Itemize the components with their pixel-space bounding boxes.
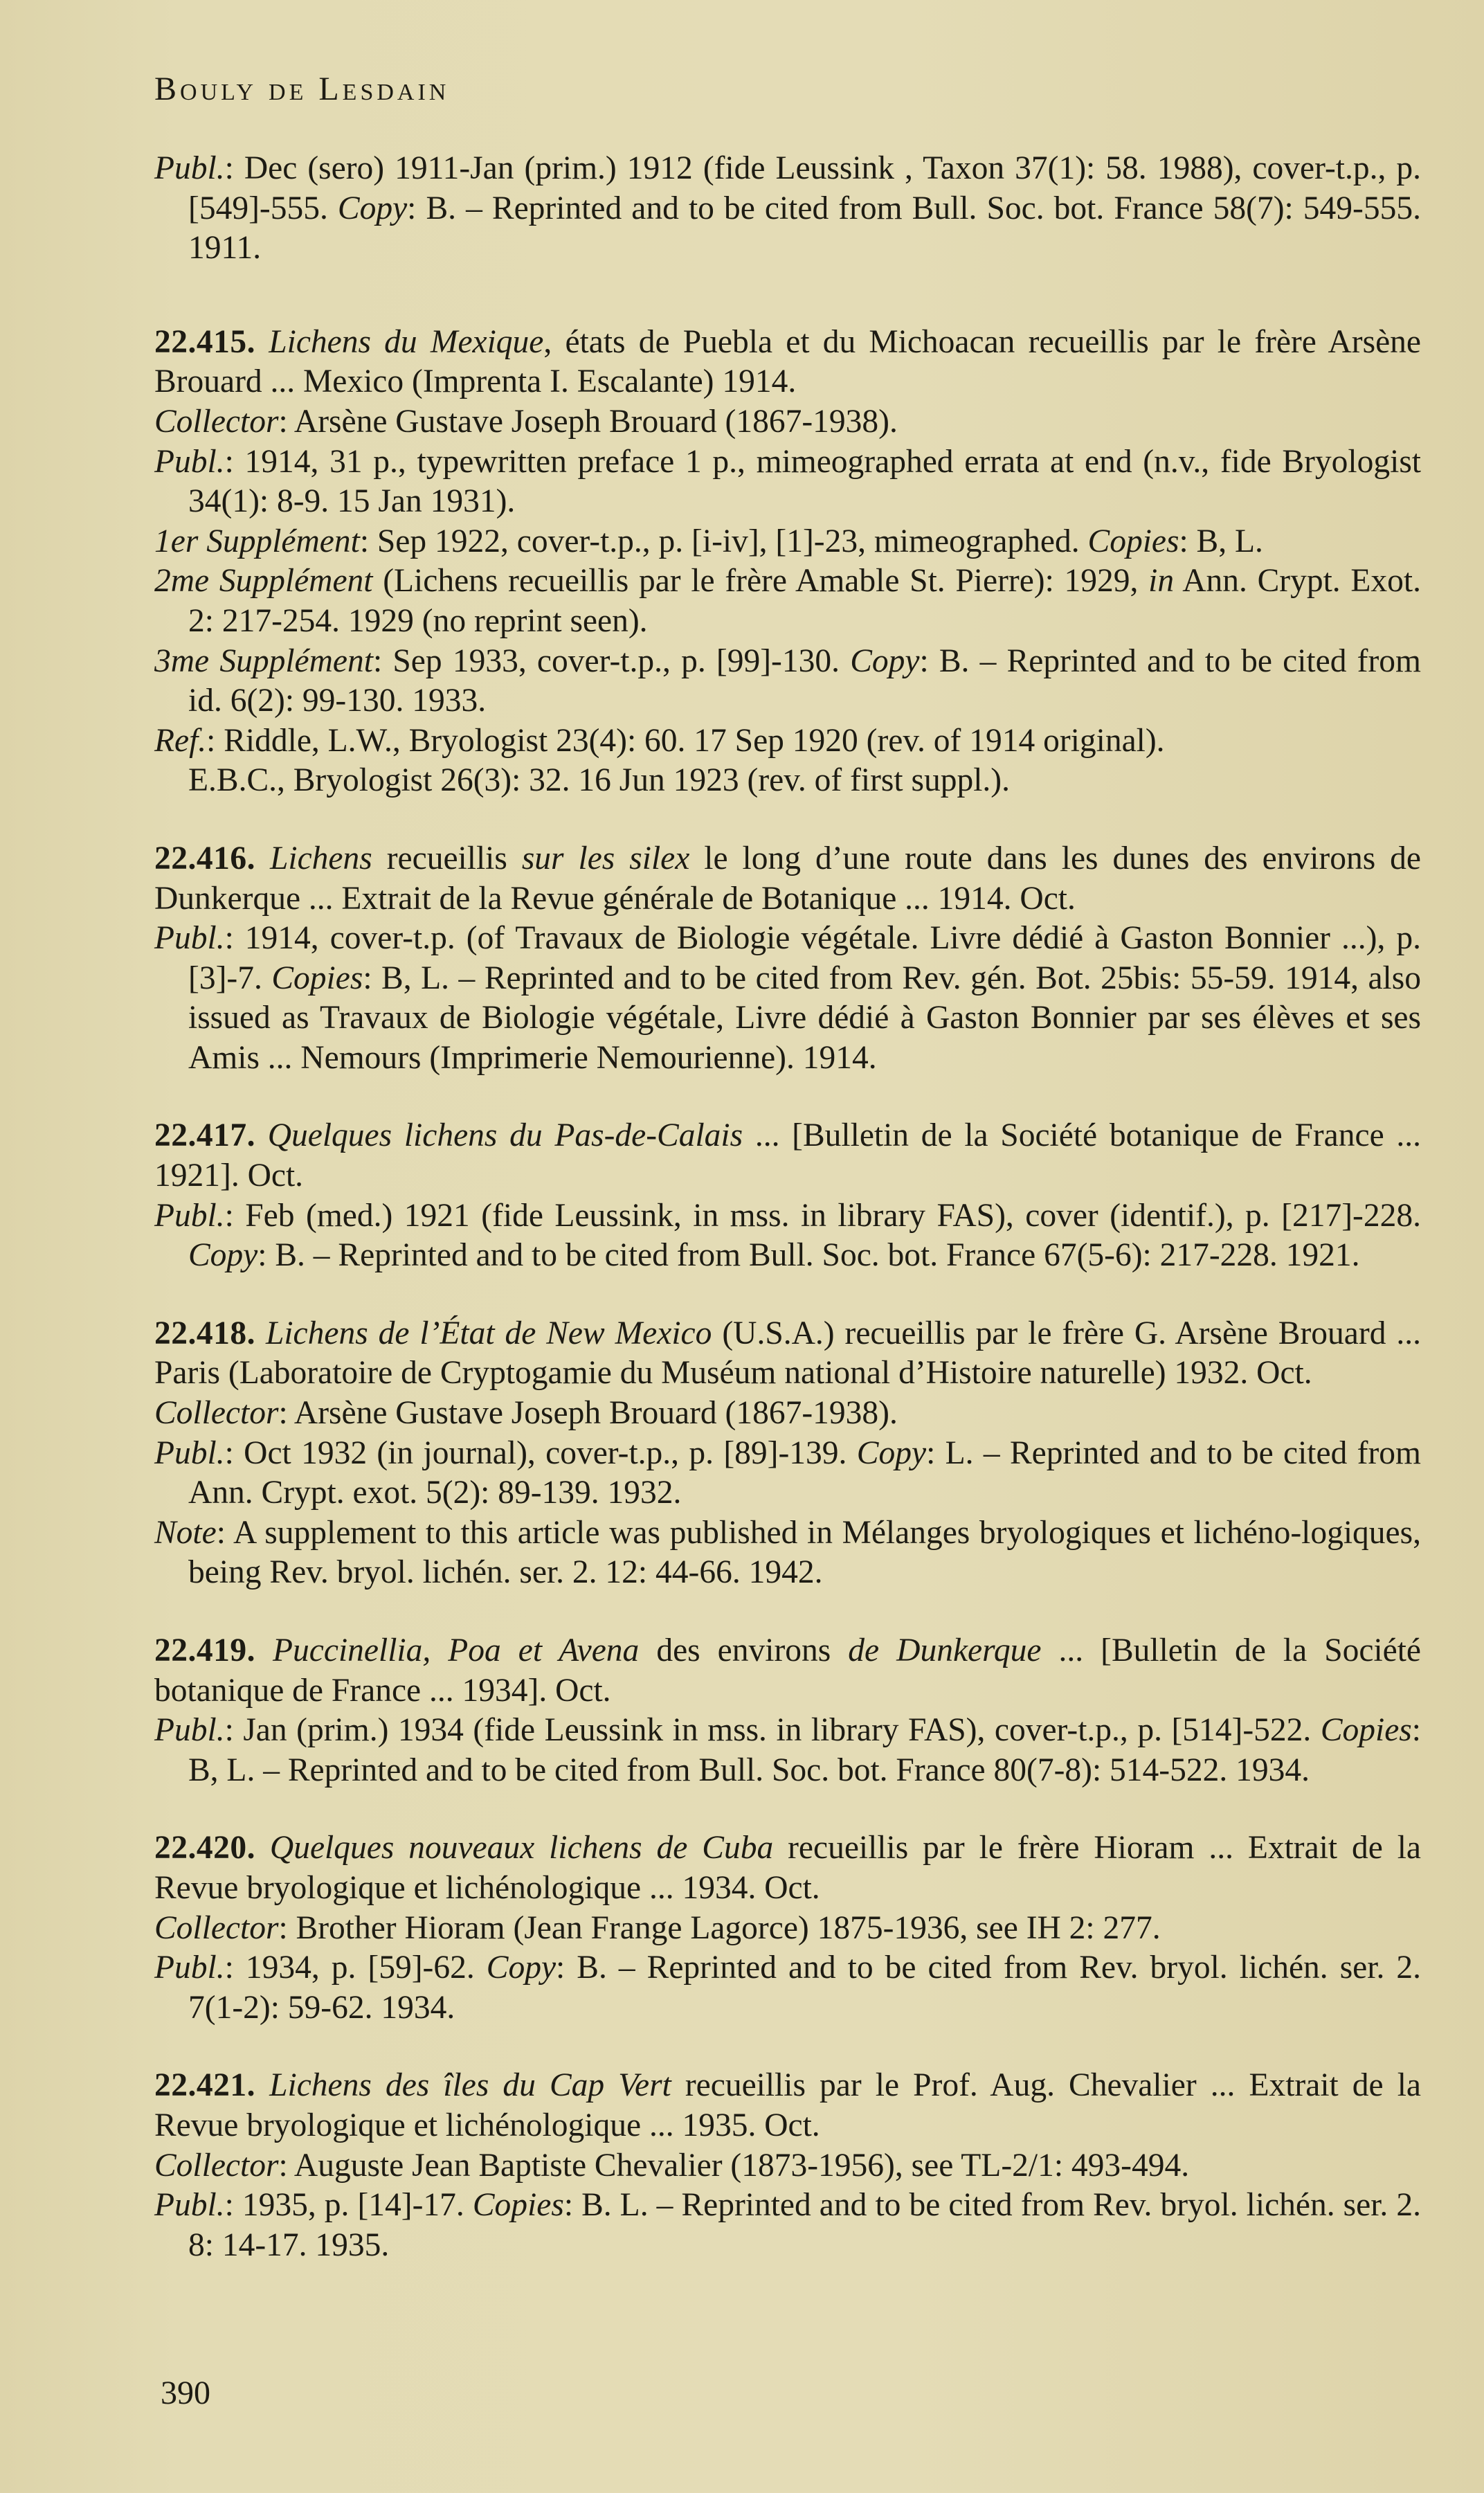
note-line: Note: A supplement to this article was p… <box>154 1513 1421 1593</box>
publication-line: Publ.: 1934, p. [59]-62. Copy: B. – Repr… <box>154 1948 1421 2028</box>
supplement-1-line: 1er Supplément: Sep 1922, cover-t.p., p.… <box>154 522 1421 562</box>
supplement-2-line: 2me Supplément (Lichens recueillis par l… <box>154 561 1421 641</box>
entry-title: 22.421. Lichens des îles du Cap Vert rec… <box>154 2066 1421 2145</box>
page-number: 390 <box>161 2373 210 2413</box>
entry-22-420: 22.420. Quelques nouveaux lichens de Cub… <box>154 1828 1421 2028</box>
entry-22-418: 22.418. Lichens de l’État de New Mexico … <box>154 1314 1421 1593</box>
entry-continued: Publ.: Dec (sero) 1911-Jan (prim.) 1912 … <box>154 149 1421 269</box>
entry-22-419: 22.419. Puccinellia, Poa et Avena des en… <box>154 1631 1421 1790</box>
entry-title: 22.419. Puccinellia, Poa et Avena des en… <box>154 1631 1421 1711</box>
collector-line: Collector: Auguste Jean Baptiste Chevali… <box>154 2146 1421 2186</box>
entry-number: 22.419. <box>154 1632 255 1668</box>
entry-title: 22.417. Quelques lichens du Pas-de-Calai… <box>154 1116 1421 1196</box>
entry-title: 22.415. Lichens du Mexique, états de Pue… <box>154 323 1421 402</box>
supplement-3-line: 3me Supplément: Sep 1933, cover-t.p., p.… <box>154 642 1421 721</box>
publication-line: Publ.: Dec (sero) 1911-Jan (prim.) 1912 … <box>154 149 1421 269</box>
publication-line: Publ.: Oct 1932 (in journal), cover-t.p.… <box>154 1434 1421 1513</box>
page-body: Publ.: Dec (sero) 1911-Jan (prim.) 1912 … <box>154 149 1421 2303</box>
running-head: Bouly de Lesdain <box>154 69 449 109</box>
entry-number: 22.415. <box>154 324 255 360</box>
entry-number: 22.421. <box>154 2067 255 2103</box>
reference-line-2: E.B.C., Bryologist 26(3): 32. 16 Jun 192… <box>154 761 1421 801</box>
entry-title: 22.420. Quelques nouveaux lichens de Cub… <box>154 1828 1421 1908</box>
entry-22-421: 22.421. Lichens des îles du Cap Vert rec… <box>154 2066 1421 2265</box>
entry-22-417: 22.417. Quelques lichens du Pas-de-Calai… <box>154 1116 1421 1275</box>
entry-title: 22.418. Lichens de l’État de New Mexico … <box>154 1314 1421 1394</box>
collector-line: Collector: Brother Hioram (Jean Frange L… <box>154 1909 1421 1949</box>
collector-line: Collector: Arsène Gustave Joseph Brouard… <box>154 1394 1421 1434</box>
entry-number: 22.420. <box>154 1830 255 1866</box>
publ-label: Publ. <box>154 150 225 186</box>
copy-label: Copy <box>338 190 407 226</box>
entry-22-416: 22.416. Lichens recueillis sur les silex… <box>154 839 1421 1079</box>
entry-title: 22.416. Lichens recueillis sur les silex… <box>154 839 1421 919</box>
collector-line: Collector: Arsène Gustave Joseph Brouard… <box>154 402 1421 442</box>
entry-number: 22.416. <box>154 840 255 876</box>
publication-line: Publ.: 1914, 31 p., typewritten preface … <box>154 442 1421 522</box>
publication-line: Publ.: 1935, p. [14]-17. Copies: B. L. –… <box>154 2186 1421 2265</box>
publication-line: Publ.: Jan (prim.) 1934 (fide Leussink i… <box>154 1711 1421 1790</box>
reference-line: Ref.: Riddle, L.W., Bryologist 23(4): 60… <box>154 721 1421 762</box>
publication-line: Publ.: Feb (med.) 1921 (fide Leussink, i… <box>154 1196 1421 1276</box>
entry-22-415: 22.415. Lichens du Mexique, états de Pue… <box>154 323 1421 801</box>
entry-number: 22.417. <box>154 1117 255 1153</box>
entry-number: 22.418. <box>154 1315 255 1351</box>
publication-line: Publ.: 1914, cover-t.p. (of Travaux de B… <box>154 919 1421 1078</box>
